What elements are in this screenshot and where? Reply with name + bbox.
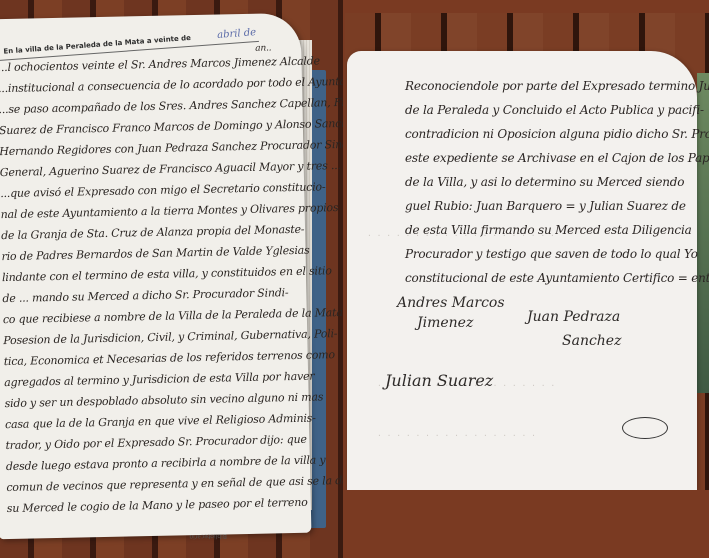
manuscript-line: este expediente se Archivase en el Cajon… <box>405 151 709 165</box>
manuscript-line: agregados al termino y Jurisdicion de es… <box>4 370 314 389</box>
header-handwritten-date: abril de <box>217 27 257 41</box>
manuscript-line: ...se paso acompañado de los Sres. Andre… <box>0 95 343 116</box>
manuscript-line: de la Granja de Sta. Cruz de Alanza prop… <box>1 223 305 242</box>
manuscript-line: tica, Economica et Necesarias de los ref… <box>4 348 335 368</box>
manuscript-line: ...que avisó el Expresado con migo el Se… <box>0 180 325 200</box>
corner-note: an.. <box>255 43 271 53</box>
manuscript-line: Reconociendole por parte del Expresado t… <box>405 79 709 93</box>
adjacent-page-edge <box>697 73 709 393</box>
notary-flourish-seal <box>622 417 668 439</box>
signature: Jimenez <box>417 315 473 331</box>
signature: Julian Suarez <box>385 371 493 390</box>
left-manuscript-page: En la villa de la Peraleda de la Mata a … <box>0 13 311 539</box>
manuscript-line: guel Rubio: Juan Barquero = y Julian Sua… <box>405 199 686 213</box>
manuscript-line: de ... mando su Merced a dicho Sr. Procu… <box>2 286 288 305</box>
right-page-photo: · · · · · · · · · · · · · · · · · · · · … <box>345 13 709 490</box>
manuscript-line: Posesion de la Jurisdicion, Civil, y Cri… <box>3 327 337 347</box>
manuscript-line: de la Villa, y asi lo determino su Merce… <box>405 175 684 189</box>
manuscript-line: Suarez de Francisco Franco Marcos de Dom… <box>0 116 343 137</box>
right-manuscript-page: · · · · · · · · · · · · · · · · · · · · … <box>347 51 697 490</box>
bleed-through-text: · · · · · · · · · · · · · · · · · <box>377 431 536 440</box>
manuscript-line: Hernando Regidores con Juan Pedraza Sanc… <box>0 137 343 158</box>
left-page-photo: En la villa de la Peraleda de la Mata a … <box>0 0 343 558</box>
manuscript-line: su Merced le cogio de la Mano y le paseo… <box>7 496 308 515</box>
signature: Juan Pedraza <box>527 309 620 325</box>
page-footer-stamp: Bibliotecario <box>189 532 227 540</box>
manuscript-line: trador, y Oido por el Expresado Sr. Proc… <box>5 433 306 452</box>
signature: Andres Marcos <box>397 295 505 311</box>
manuscript-line: co que recibiese a nombre de la Villa de… <box>3 306 343 326</box>
manuscript-line: constitucional de este Ayuntamiento Cert… <box>405 271 709 285</box>
manuscript-line: comun de vecinos que representa y en señ… <box>6 474 343 494</box>
manuscript-line: General, Aguerino Suarez de Francisco Ag… <box>0 159 341 179</box>
manuscript-line: rio de Padres Bernardos de San Martin de… <box>1 244 309 263</box>
manuscript-line: Procurador y testigo que saven de todo l… <box>405 247 698 261</box>
signature: Sanchez <box>562 333 621 349</box>
manuscript-line: sido y ser un despoblado absoluto sin ve… <box>5 390 324 410</box>
manuscript-line: nal de este Ayuntamiento a la tierra Mon… <box>1 201 339 221</box>
manuscript-line: de esta Villa firmando su Merced esta Di… <box>405 223 692 237</box>
manuscript-line: ...institucional a consecuencia de lo ac… <box>0 75 343 95</box>
manuscript-line: desde luego estava pronto a recibirla a … <box>6 453 326 473</box>
printed-header: En la villa de la Peraleda de la Mata a … <box>3 27 257 57</box>
manuscript-line: lindante con el termino de esta villa, y… <box>2 264 332 284</box>
manuscript-line: contradicion ni Oposicion alguna pidio d… <box>405 127 709 141</box>
manuscript-line: de la Peraleda y Concluido el Acto Publi… <box>405 103 704 117</box>
manuscript-line: casa que la de la Granja en que vive el … <box>5 412 316 432</box>
